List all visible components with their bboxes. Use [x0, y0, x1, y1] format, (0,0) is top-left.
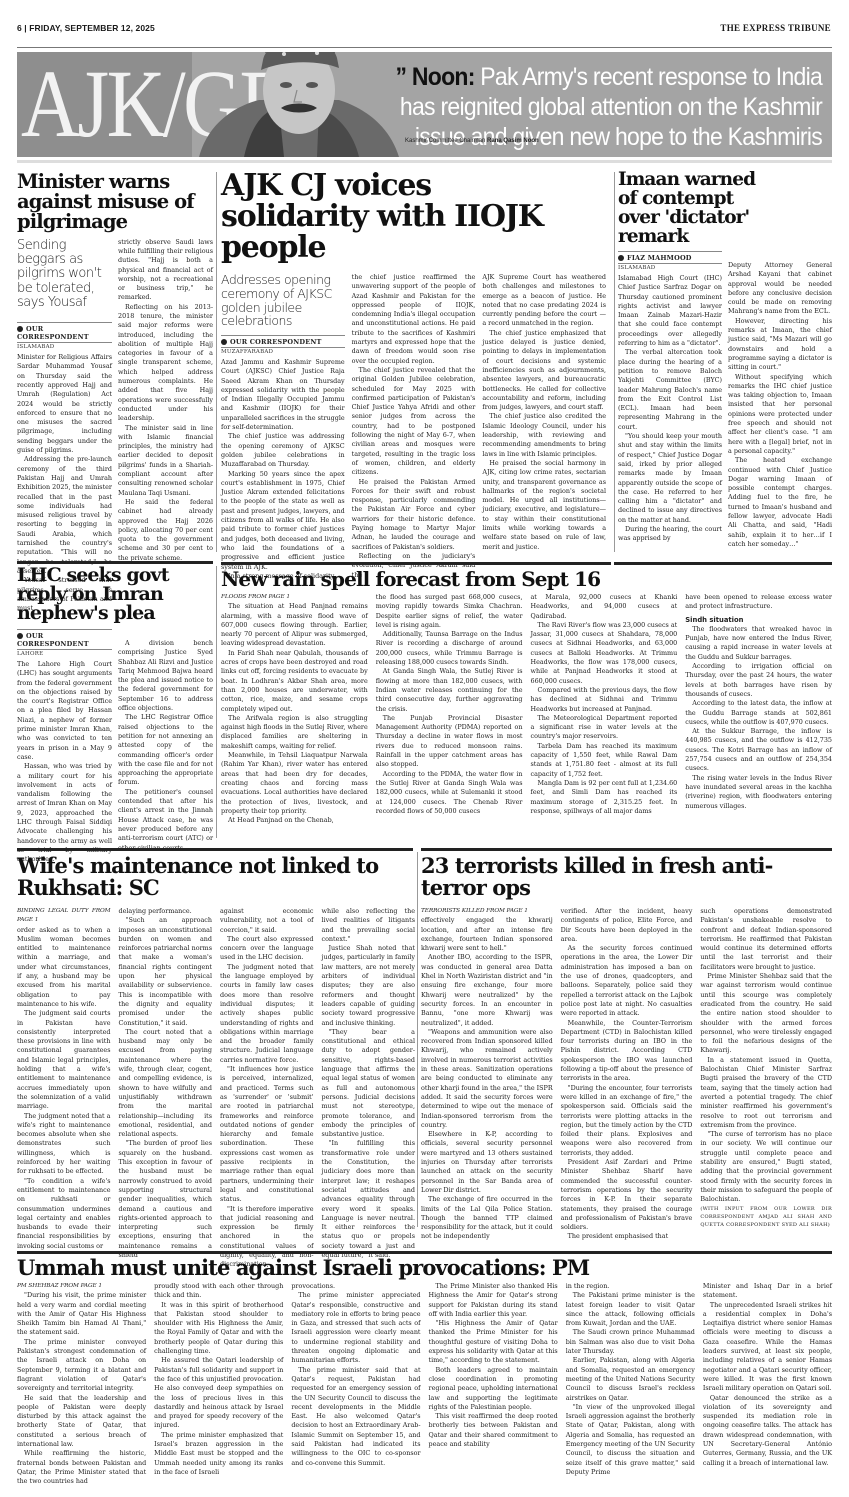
section-rule	[421, 848, 832, 851]
headline[interactable]: AJK CJ voices solidarity with IIOJK peop…	[221, 170, 581, 263]
article-ajk-cj: AJK CJ voices solidarity with IIOJK peop…	[221, 170, 606, 581]
body-col-2: strictly observe Saudi laws while fulfil…	[118, 238, 213, 614]
body-col-3: against economic vulnerability, not a to…	[220, 907, 314, 1270]
masthead: THE EXPRESS TRIBUNE	[720, 23, 831, 33]
body-col-1: Azad Jammu and Kashmir Supreme Court (AJ…	[221, 358, 345, 581]
quote-credit: Kashmir Committee Chairman Rana Qasim No…	[405, 138, 539, 144]
headline[interactable]: New rain spell forecast from Sept 16	[221, 568, 832, 590]
quote-marks-icon: ”	[395, 63, 406, 91]
headline[interactable]: LHC seeks govt reply on Imran nephew's p…	[17, 566, 213, 623]
body-col-2: the chief justice reaffirmed the unwaver…	[352, 273, 476, 581]
kicker: PM SHEHBAZ FROM PAGE 1	[17, 1282, 146, 1291]
body-col-4: have been opened to release excess water…	[685, 593, 832, 825]
article-terror-ops: 23 terrorists killed in fresh anti-terro…	[421, 855, 832, 1242]
byline: OUR CORRESPONDENT	[17, 629, 112, 650]
article-ummah: Ummah must unite against Israeli provoca…	[17, 1257, 832, 1487]
body-col-6: Minister and Ishaq Dar in a brief statem…	[703, 1282, 832, 1487]
body-col-1: The Lahore High Court (LHC) has sought a…	[17, 660, 112, 865]
correspondent-icon	[618, 255, 624, 261]
section-banner: AJK/GB ” Noon: Pak Army's recent respons…	[17, 52, 832, 157]
byline: FIAZ MAHMOOD	[618, 251, 722, 264]
byline: OUR CORRESPONDENT	[221, 335, 345, 348]
body-col-2: Deputy Attorney General Arshad Kayani th…	[728, 261, 832, 549]
dateline: ISLAMABAD	[17, 343, 112, 350]
kicker: TERRORISTS KILLED FROM PAGE 1	[421, 907, 553, 916]
kicker: FLOODS FROM PAGE 1	[221, 593, 368, 602]
body-col-2: the flood has surged past 668,000 cusecs…	[376, 593, 523, 825]
article-wife-maintenance: Wife's maintenance not linked to Rukhsat…	[17, 855, 415, 1270]
section-rule	[614, 562, 832, 565]
correspondent-icon	[17, 633, 23, 639]
section-rule	[17, 848, 413, 851]
article-rain: New rain spell forecast from Sept 16 FLO…	[221, 568, 832, 825]
correspondent-icon	[17, 326, 23, 332]
correspondent-icon	[221, 339, 227, 345]
body-col-1: FLOODS FROM PAGE 1 The situation at Head…	[221, 593, 368, 825]
headline[interactable]: Wife's maintenance not linked to Rukhsat…	[17, 855, 415, 899]
dateline: ISLAMABAD	[618, 264, 722, 271]
headline[interactable]: Ummah must unite against Israeli provoca…	[17, 1257, 832, 1279]
body-col-4: The Prime Minister also thanked His High…	[429, 1282, 558, 1487]
dateline: LAHORE	[17, 650, 112, 657]
header-divider	[17, 47, 832, 48]
headline[interactable]: Imaan warned of contempt over 'dictator'…	[618, 170, 768, 246]
body-col-2: verified. After the incident, heavy cont…	[561, 907, 693, 1242]
section-rule	[221, 562, 611, 565]
quote-speaker: Noon:	[412, 63, 475, 91]
byline: OUR CORRESPONDENT	[17, 322, 112, 343]
banner-divider	[17, 160, 832, 163]
body-col-1: BINDING LEGAL DUTY FROM PAGE 1 order ask…	[17, 907, 111, 1270]
body-col-2: delaying performance. "Such an approach …	[119, 907, 213, 1270]
article-lhc: LHC seeks govt reply on Imran nephew's p…	[17, 566, 213, 865]
credit-note: (WITH INPUT FROM OUR LOWER DIR CORRESPON…	[700, 1205, 832, 1229]
deck: Addresses opening ceremony of AJKSC gold…	[221, 273, 345, 328]
body-col-5: in the region. The Pakistani prime minis…	[566, 1282, 695, 1487]
body-col-3: provocations. The prime minister appreci…	[291, 1282, 420, 1487]
body-col-1: PM SHEHBAZ FROM PAGE 1 "During his visit…	[17, 1282, 146, 1487]
article-imaan: Imaan warned of contempt over 'dictator'…	[618, 170, 832, 549]
subhead: Sindh situation	[685, 616, 832, 625]
credit-name: Rana Qasim Noon	[487, 138, 539, 144]
column-divider	[216, 172, 217, 552]
body-col-1: Islamabad High Court (IHC) Chief Justice…	[618, 274, 722, 544]
headline[interactable]: Minister warns against misuse of pilgrim…	[17, 172, 213, 232]
dateline: MUZAFFARABAD	[221, 348, 345, 355]
column-divider	[417, 852, 418, 1227]
body-col-3: such operations demonstrated Pakistan's …	[700, 907, 832, 1242]
body-col-3: AJK Supreme Court has weathered both cha…	[482, 273, 606, 581]
body-col-1: TERRORISTS KILLED FROM PAGE 1 effectivel…	[421, 907, 553, 1242]
credit-title: Kashmir Committee Chairman	[405, 138, 485, 144]
column-divider	[216, 566, 217, 838]
kicker: BINDING LEGAL DUTY FROM PAGE 1	[17, 907, 111, 926]
body-col-4: while also reflecting the lived realitie…	[322, 907, 416, 1270]
page-folio: 6 | FRIDAY, SEPTEMBER 12, 2025	[17, 23, 155, 33]
headline[interactable]: 23 terrorists killed in fresh anti-terro…	[421, 855, 832, 899]
body-col-2: proudly stood with each other through th…	[154, 1282, 283, 1487]
portrait-photo	[189, 52, 404, 157]
body-col-3: at Marala, 92,000 cusecs at Khanki Headw…	[531, 593, 678, 825]
deck: Sending beggars as pilgrims won't be tol…	[17, 239, 112, 310]
section-rule	[17, 1251, 832, 1254]
article-pilgrimage: Minister warns against misuse of pilgrim…	[17, 172, 213, 613]
column-divider	[614, 172, 615, 552]
body-col-2: A division bench comprising Justice Syed…	[118, 639, 213, 865]
